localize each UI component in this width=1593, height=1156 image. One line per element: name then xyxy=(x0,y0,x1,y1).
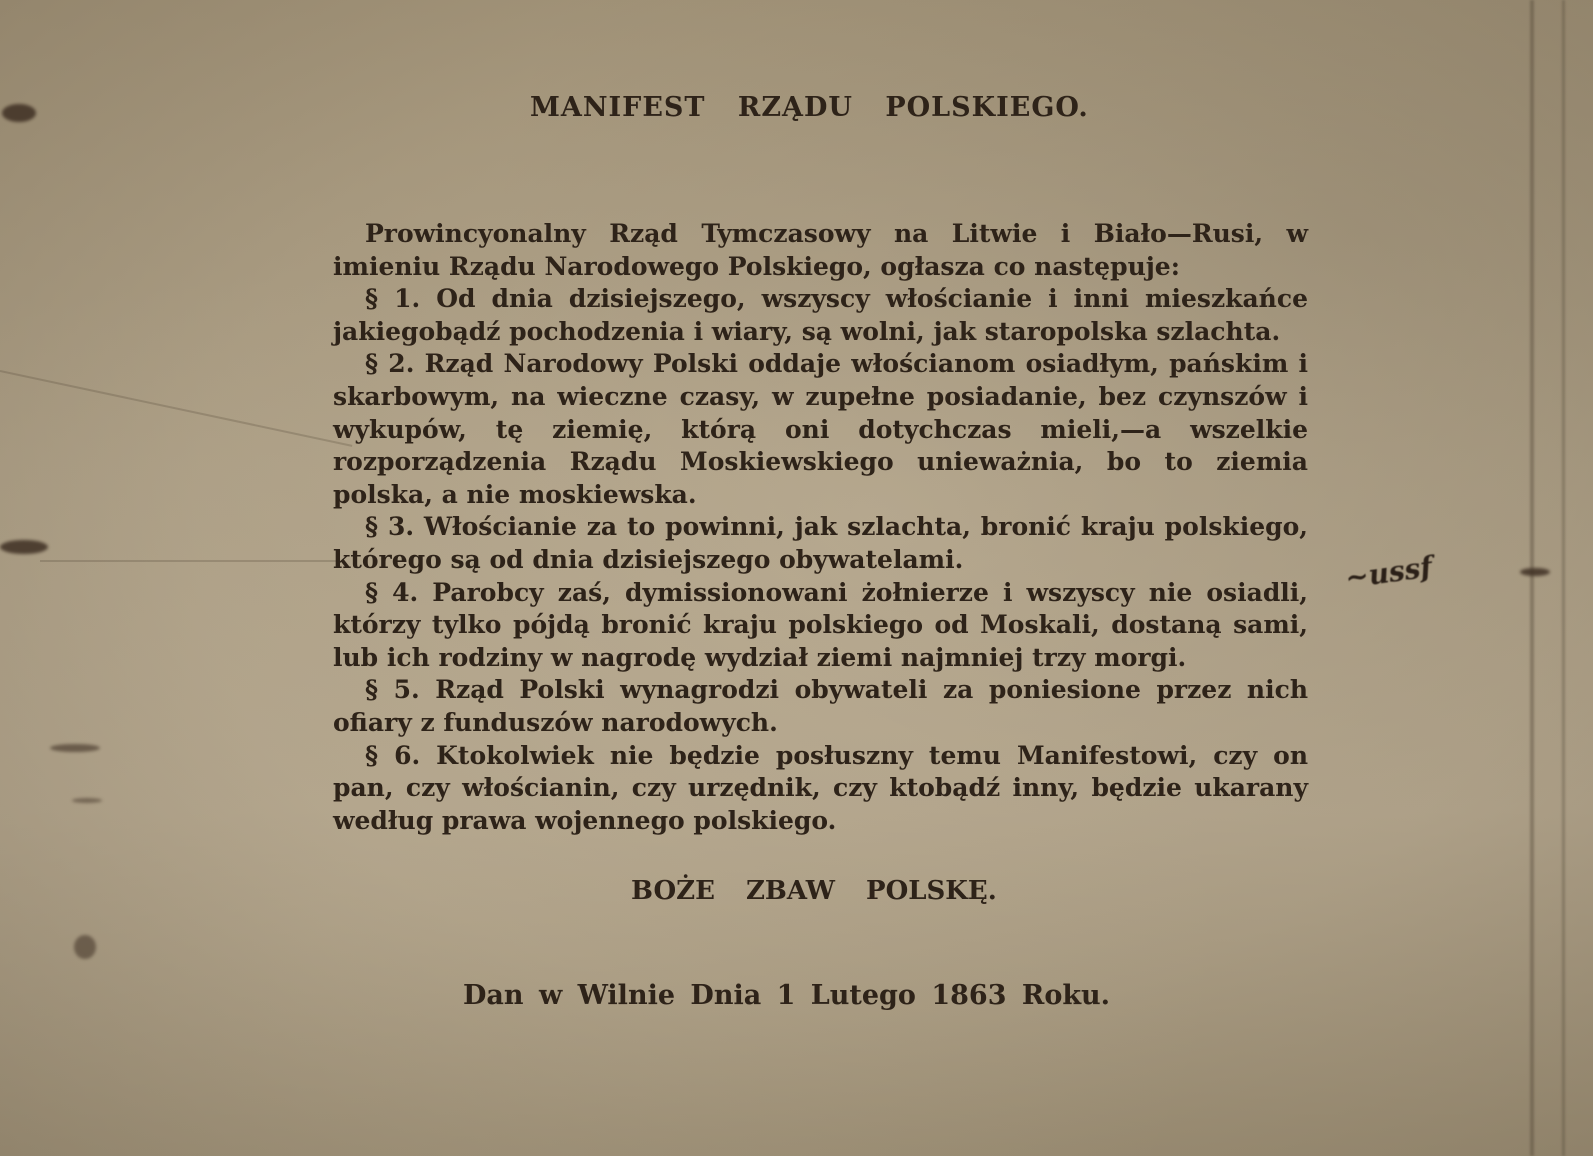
fold-line xyxy=(1530,0,1534,1156)
ink-stain xyxy=(1520,568,1550,576)
paragraph-2: § 2. Rząd Narodowy Polski oddaje włościa… xyxy=(333,348,1308,511)
document-title: MANIFEST RZĄDU POLSKIEGO. xyxy=(530,92,1089,123)
paragraph-5: § 5. Rząd Polski wynagrodzi obywateli za… xyxy=(333,674,1308,739)
closing-motto: BOŻE ZBAW POLSKĘ. xyxy=(631,876,997,906)
fold-line xyxy=(1562,0,1565,1156)
ink-stain xyxy=(74,935,96,959)
intro-paragraph: Prowincyonalny Rząd Tymczasowy na Litwie… xyxy=(333,218,1308,283)
paragraph-4: § 4. Parobcy zaś, dymissionowani żołnier… xyxy=(333,577,1308,675)
paragraph-3: § 3. Włościanie za to powinni, jak szlac… xyxy=(333,511,1308,576)
ink-stain xyxy=(0,540,48,554)
paper-crease xyxy=(40,560,340,562)
ink-stain xyxy=(72,798,102,803)
ink-stain xyxy=(2,104,36,122)
dateline: Dan w Wilnie Dnia 1 Lutego 1863 Roku. xyxy=(463,980,1110,1011)
paragraph-1: § 1. Od dnia dzisiejszego, wszyscy włośc… xyxy=(333,283,1308,348)
paragraph-6: § 6. Ktokolwiek nie będzie posłuszny tem… xyxy=(333,740,1308,838)
document-body: Prowincyonalny Rząd Tymczasowy na Litwie… xyxy=(333,218,1308,837)
ink-stain xyxy=(50,744,100,752)
